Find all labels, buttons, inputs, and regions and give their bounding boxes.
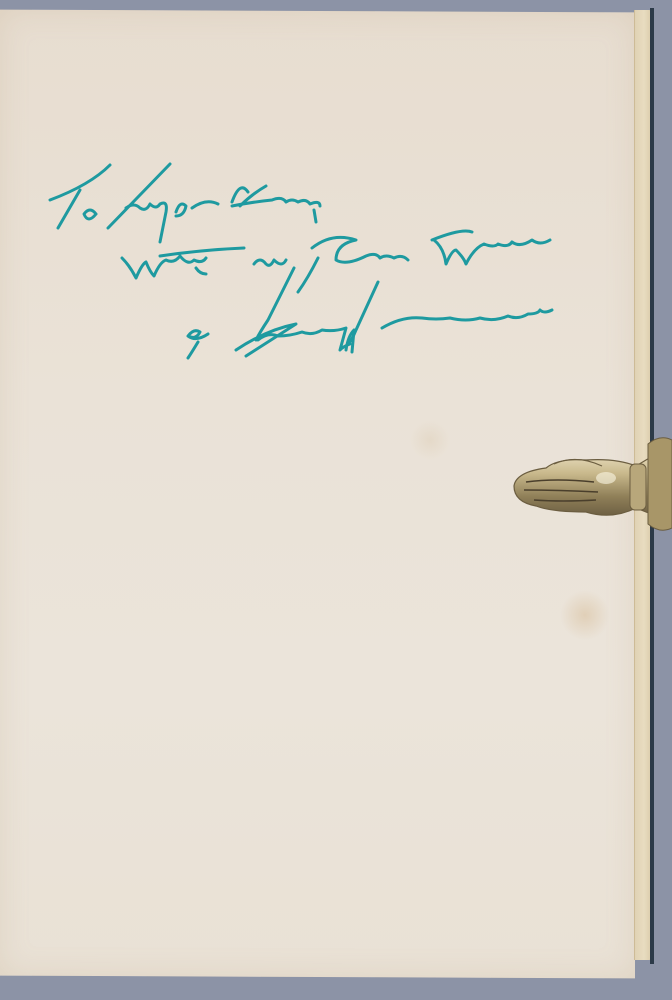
hand-page-clip (506, 424, 672, 542)
